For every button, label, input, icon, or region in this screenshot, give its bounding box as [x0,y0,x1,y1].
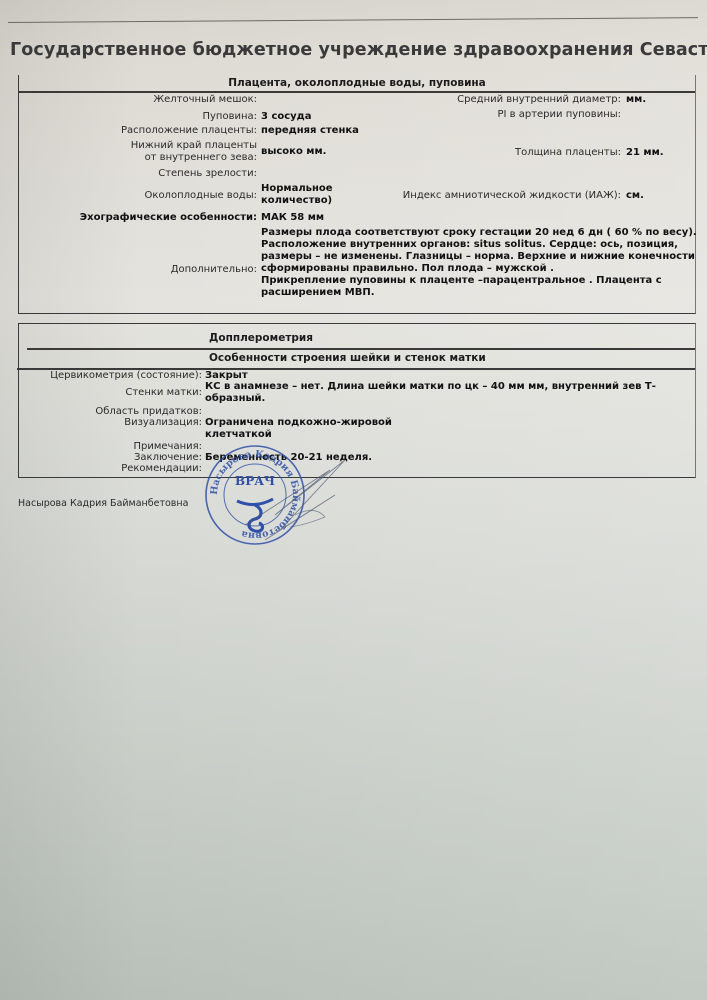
additional-text: Размеры плода соответствуют сроку гестац… [261,227,701,299]
placenta-section-header: Плацента, околоплодные воды, пуповина [19,77,695,89]
field-value-line1: Ограничена подкожно-жировой [205,417,392,429]
doctor-name: Насырова Кадрия Байманбетовна [18,498,188,509]
field-label: Визуализация: [124,417,202,429]
additional-line: Прикрепление пуповины к плаценте –параце… [261,275,701,287]
field-value: мм. [626,94,646,106]
top-rule [8,17,698,23]
field-label: Околоплодные воды: [145,190,257,202]
additional-line: расширением МВП. [261,287,701,299]
cervix-section-header: Особенности строения шейки и стенок матк… [209,352,695,364]
field-value: передняя стенка [261,125,359,137]
field-value: 3 сосуда [261,111,312,123]
field-visualization: Визуализация: Ограничена подкожно-жирово… [19,417,695,443]
doppler-section-header: Допплерометрия [209,332,695,344]
field-label: PI в артерии пуповины: [497,109,621,121]
field-label: Дополнительно: [171,264,257,276]
field-label: Стенки матки: [125,387,202,399]
field-label: Эхографические особенности: [80,212,257,224]
field-label: Рекомендации: [121,463,202,475]
field-label: Средний внутренний диаметр: [457,94,621,106]
field-value: см. [626,190,644,202]
placenta-section: Плацента, околоплодные воды, пуповина Же… [18,75,696,314]
field-value-line1: КС в анамнезе – нет. Длина шейки матки п… [205,381,656,393]
field-value: высоко мм. [261,146,326,158]
field-label: Толщина плаценты: [515,147,621,159]
field-label: Индекс амниотической жидкости (ИАЖ): [403,190,621,202]
additional-line: сформированы правильно. Пол плода – мужс… [261,263,701,275]
field-value: МАК 58 мм [261,212,324,224]
signature-scribble-icon [235,455,355,545]
field-label: Расположение плаценты: [121,125,257,137]
doppler-cervix-section: Допплерометрия Особенности строения шейк… [18,323,696,478]
field-value-line2: клетчаткой [205,429,272,441]
additional-line: Размеры плода соответствуют сроку гестац… [261,227,701,239]
doppler-divider [27,348,695,350]
field-value: 21 мм. [626,147,664,159]
additional-line: Расположение внутренних органов: situs s… [261,239,701,251]
field-label: Степень зрелости: [158,168,257,180]
field-value-line1: Нормальное [261,183,333,195]
additional-line: размеры – не изменены. Глазницы – норма.… [261,251,701,263]
field-label-line1: Нижний край плаценты [131,140,257,152]
field-additional: Дополнительно: Размеры плода соответству… [19,227,695,305]
field-label: Пуповина: [202,111,257,123]
field-label: Желточный мешок: [153,94,257,106]
field-value-line2: образный. [205,393,265,405]
field-label-line2: от внутреннего зева: [145,152,257,164]
organization-title: Государственное бюджетное учреждение здр… [10,40,707,60]
field-uterine-walls: Стенки матки: КС в анамнезе – нет. Длина… [19,381,695,407]
field-value-line2: количество) [261,195,332,207]
header-divider [19,91,695,93]
